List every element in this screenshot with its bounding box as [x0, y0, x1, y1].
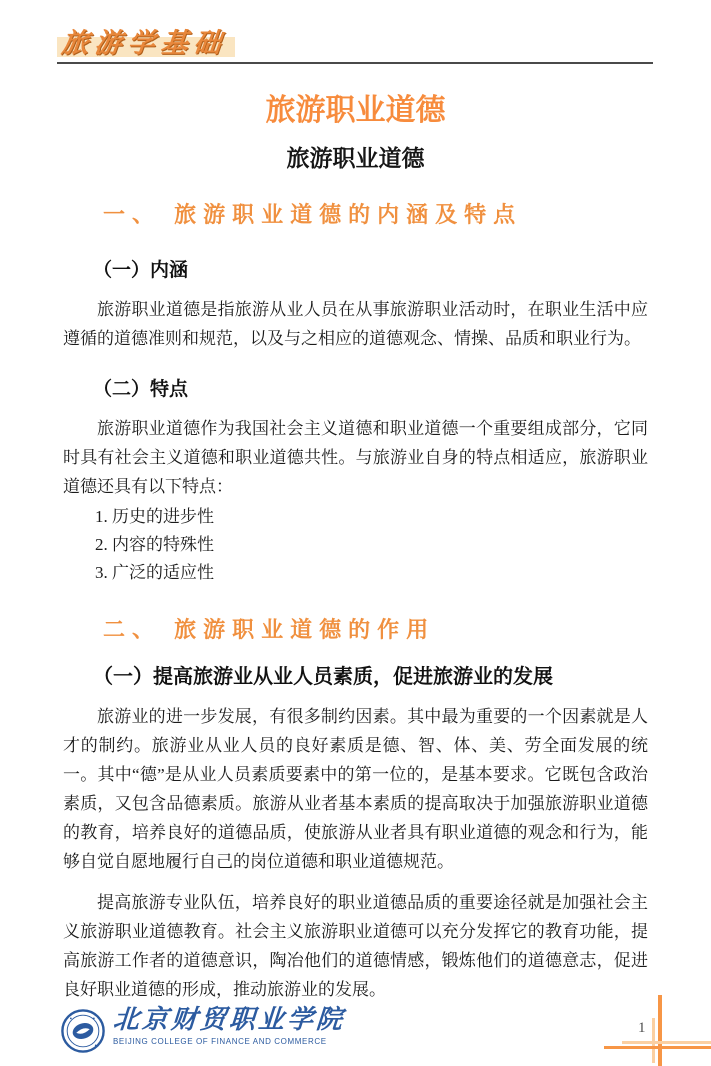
book-title: 旅游学基础	[60, 21, 229, 60]
chapter-title: 旅游职业道德	[0, 85, 711, 129]
list-item: 1. 历史的进步性	[95, 503, 648, 531]
paragraph: 旅游职业道德是指旅游从业人员在从事旅游职业活动时，在职业生活中应遵循的道德准则和…	[63, 295, 648, 353]
section-heading-1: 一、 旅游职业道德的内涵及特点	[103, 202, 648, 228]
numbered-list: 1. 历史的进步性 2. 内容的特殊性 3. 广泛的适应性	[95, 503, 648, 587]
section-heading-2: 二、 旅游职业道德的作用	[103, 617, 648, 643]
list-item: 3. 广泛的适应性	[95, 559, 648, 587]
subsection-heading-1-1: （一）内涵	[93, 258, 648, 283]
corner-decoration-horizontal-dark	[604, 1046, 711, 1049]
content-area: 一、 旅游职业道德的内涵及特点 （一）内涵 旅游职业道德是指旅游从业人员在从事旅…	[63, 196, 648, 1004]
college-name-chinese: 北京财贸职业学院	[112, 1005, 346, 1035]
header-rule	[57, 62, 653, 64]
corner-decoration-vertical-dark	[658, 995, 662, 1066]
corner-decoration-horizontal-light	[622, 1041, 711, 1044]
college-seal-icon: ●● ●●	[60, 1008, 106, 1054]
chapter-subtitle: 旅游职业道德	[0, 140, 711, 173]
list-item: 2. 内容的特殊性	[95, 531, 648, 559]
college-logo: ●● ●● 北京财贸职业学院 BEIJING COLLEGE OF FINANC…	[60, 1005, 345, 1054]
paragraph: 提高旅游专业队伍，培养良好的职业道德品质的重要途径就是加强社会主义旅游职业道德教…	[63, 888, 648, 1004]
subsection-heading-1-2: （二）特点	[93, 377, 648, 402]
paragraph: 旅游业的进一步发展，有很多制约因素。其中最为重要的一个因素就是人才的制约。旅游业…	[63, 702, 648, 876]
college-name-english: BEIJING COLLEGE OF FINANCE AND COMMERCE	[113, 1037, 345, 1046]
paragraph: 旅游职业道德作为我国社会主义道德和职业道德一个重要组成部分，它同时具有社会主义道…	[63, 414, 648, 501]
college-name-block: 北京财贸职业学院 BEIJING COLLEGE OF FINANCE AND …	[113, 1005, 345, 1046]
page-number: 1	[638, 1020, 646, 1037]
subsection-heading-2-1: （一）提高旅游业从业人员素质，促进旅游业的发展	[93, 665, 648, 690]
document-page: 旅游学基础 旅游职业道德 旅游职业道德 一、 旅游职业道德的内涵及特点 （一）内…	[0, 0, 711, 1066]
svg-text:●: ●	[93, 1016, 96, 1021]
